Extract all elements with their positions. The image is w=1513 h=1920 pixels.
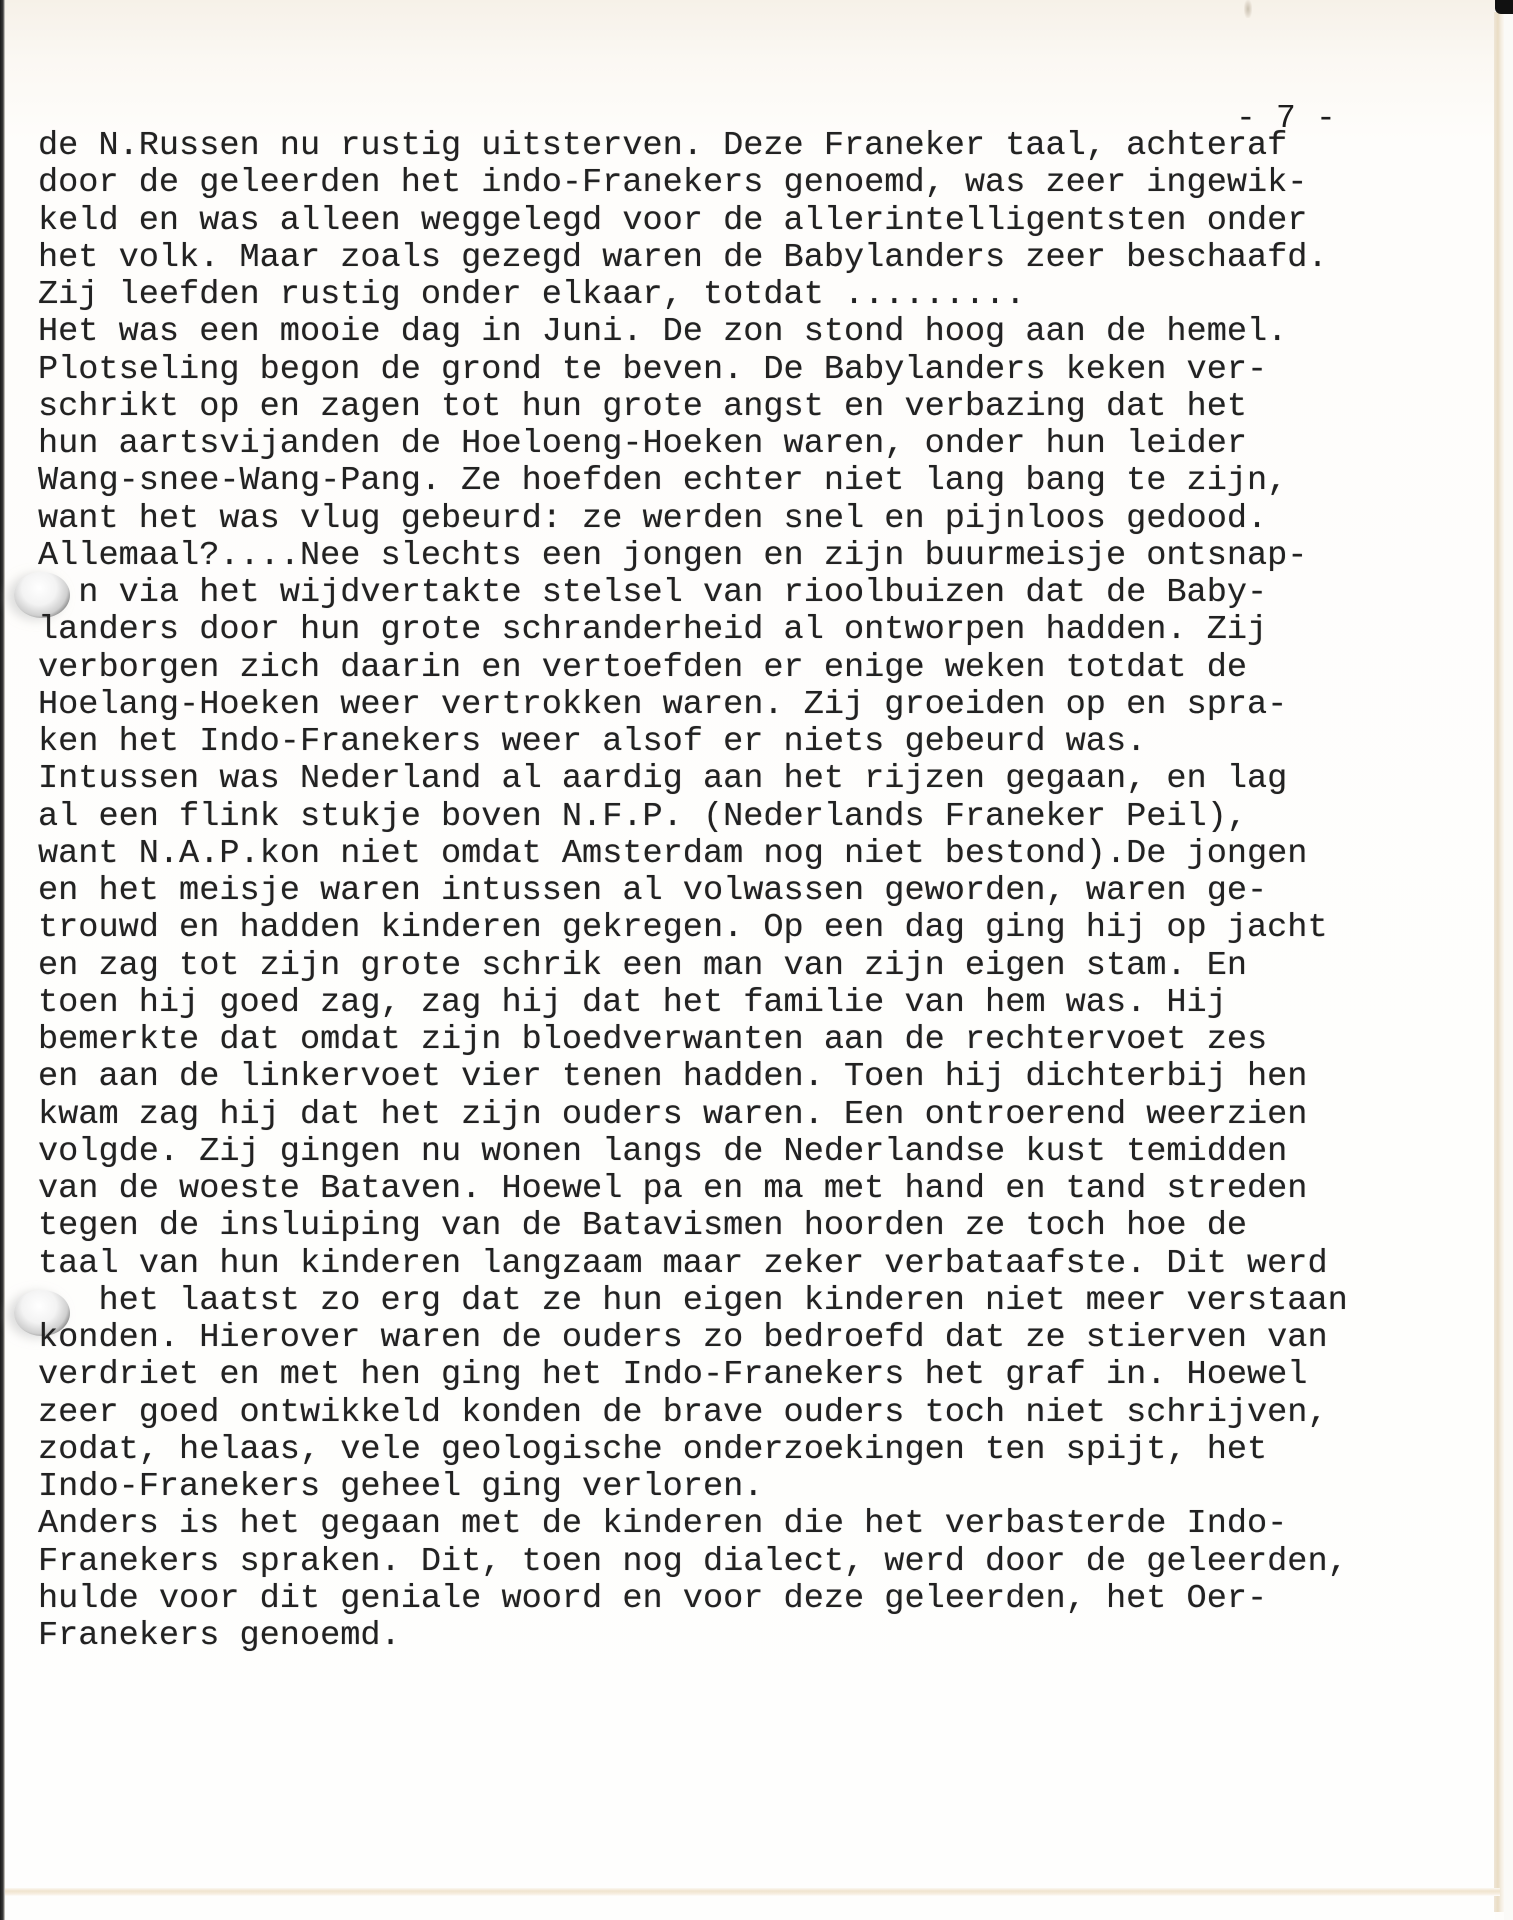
text-line: Anders is het gegaan met de kinderen die… [38,1506,1348,1543]
text-line: tegen de insluiping van de Batavismen ho… [38,1208,1348,1245]
text-line: en aan de linkervoet vier tenen hadden. … [38,1059,1348,1096]
paper-smudge [1244,0,1252,18]
text-line: zodat, helaas, vele geologische onderzoe… [38,1432,1348,1469]
text-line: Wang-snee-Wang-Pang. Ze hoefden echter n… [38,463,1348,500]
text-line: de N.Russen nu rustig uitsterven. Deze F… [38,128,1348,165]
text-line: Zij leefden rustig onder elkaar, totdat … [38,277,1348,314]
bottom-paper-edge [5,1888,1500,1896]
text-line: volgde. Zij gingen nu wonen langs de Ned… [38,1134,1348,1171]
text-line: Plotseling begon de grond te beven. De B… [38,352,1348,389]
typewritten-body-text: de N.Russen nu rustig uitsterven. Deze F… [38,128,1348,1655]
text-line: het volk. Maar zoals gezegd waren de Bab… [38,240,1348,277]
text-line: schrikt op en zagen tot hun grote angst … [38,389,1348,426]
text-line: want het was vlug gebeurd: ze werden sne… [38,501,1348,538]
right-scan-margin [1504,0,1513,1920]
text-line: Franekers spraken. Dit, toen nog dialect… [38,1544,1348,1581]
text-line: zeer goed ontwikkeld konden de brave oud… [38,1395,1348,1432]
text-line: van de woeste Bataven. Hoewel pa en ma m… [38,1171,1348,1208]
text-line: bemerkte dat omdat zijn bloedverwanten a… [38,1022,1348,1059]
text-line: Franekers genoemd. [38,1618,1348,1655]
text-line: al een flink stukje boven N.F.P. (Nederl… [38,799,1348,836]
text-line: n via het wijdvertakte stelsel van riool… [38,575,1348,612]
text-line: hun aartsvijanden de Hoeloeng-Hoeken war… [38,426,1348,463]
text-line: en het meisje waren intussen al volwasse… [38,873,1348,910]
text-line: trouwd en hadden kinderen gekregen. Op e… [38,910,1348,947]
text-line: konden. Hierover waren de ouders zo bedr… [38,1320,1348,1357]
text-line: keld en was alleen weggelegd voor de all… [38,203,1348,240]
text-line: Indo-Franekers geheel ging verloren. [38,1469,1348,1506]
text-line: kwam zag hij dat het zijn ouders waren. … [38,1097,1348,1134]
right-paper-edge [1494,12,1504,1912]
text-line: Hoelang-Hoeken weer vertrokken waren. Zi… [38,687,1348,724]
text-line: het laatst zo erg dat ze hun eigen kinde… [38,1283,1348,1320]
text-line: en zag tot zijn grote schrik een man van… [38,948,1348,985]
left-scan-edge [0,0,5,1920]
text-line: toen hij goed zag, zag hij dat het famil… [38,985,1348,1022]
text-line: landers door hun grote schranderheid al … [38,612,1348,649]
text-line: Intussen was Nederland al aardig aan het… [38,761,1348,798]
text-line: ken het Indo-Franekers weer alsof er nie… [38,724,1348,761]
text-line: door de geleerden het indo-Franekers gen… [38,165,1348,202]
text-line: verborgen zich daarin en vertoefden er e… [38,650,1348,687]
text-line: Het was een mooie dag in Juni. De zon st… [38,314,1348,351]
text-line: verdriet en met hen ging het Indo-Franek… [38,1357,1348,1394]
scanned-page: - 7 - de N.Russen nu rustig uitsterven. … [0,0,1513,1920]
scanner-corner-shadow [1495,0,1513,14]
text-line: hulde voor dit geniale woord en voor dez… [38,1581,1348,1618]
text-line: taal van hun kinderen langzaam maar zeke… [38,1246,1348,1283]
text-line: want N.A.P.kon niet omdat Amsterdam nog … [38,836,1348,873]
text-line: Allemaal?....Nee slechts een jongen en z… [38,538,1348,575]
